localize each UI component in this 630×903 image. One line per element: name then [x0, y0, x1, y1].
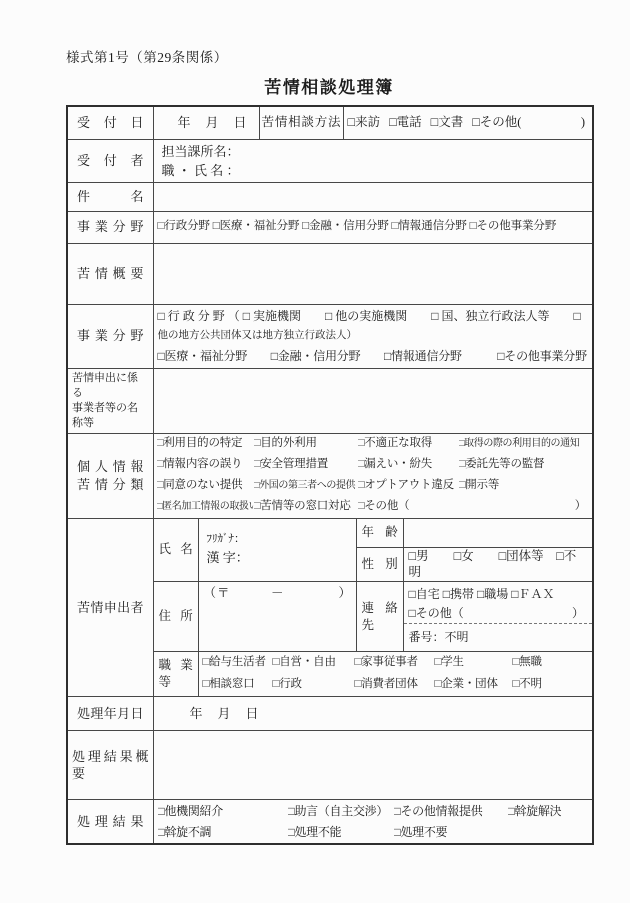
contact-number: 番号：不明 — [404, 624, 593, 651]
checkbox-option[interactable]: □情報内容の誤り — [157, 457, 254, 473]
business-field-options[interactable]: □行政分野 □医療・福祉分野 □金融・信用分野 □情報通信分野 □その他事業分野 — [153, 211, 593, 243]
reception-date-field[interactable]: 年 月 日 — [153, 106, 259, 139]
kanji-line: 漢 字： — [207, 548, 348, 568]
row-result-summary: 処理結果概要 — [67, 731, 593, 800]
row-personal-info-class: 個人情報 苦情分類 □利用目的の特定 □目的外利用 □不適正な取得 □取得の際の… — [67, 433, 593, 518]
checkbox-option[interactable]: □企業・団体 — [435, 677, 513, 693]
checkbox-option[interactable]: □開示等 — [459, 478, 590, 494]
checkbox-option[interactable]: □行政 — [273, 677, 355, 693]
occupation-options: □給与生活者 □自営・自由 □家事従事者 □学生 □無職 □相談窓口 □行政 □… — [198, 652, 593, 697]
checkbox-option[interactable]: □利用目的の特定 — [157, 436, 254, 452]
row-case-name: 件名 — [67, 182, 593, 211]
receiver-label: 受付者 — [67, 139, 153, 182]
checkbox-option[interactable]: □苦情等の窓口対応 — [254, 499, 358, 515]
checkbox-option[interactable]: □斡旋不調 — [158, 824, 288, 840]
checkbox-option[interactable]: □処理不要 — [394, 824, 508, 840]
checkbox-option[interactable]: □オプトアウト違反 — [358, 478, 459, 494]
row-complaint-summary: 苦情概要 — [67, 243, 593, 304]
row-result: 処理結果 □他機関紹介 □助言（自主交渉） □その他情報提供 □斡旋解決 □斡旋… — [67, 800, 593, 844]
complaint-summary-label: 苦情概要 — [67, 243, 153, 304]
row-reception-date: 受付日 年 月 日 苦情相談方法 □来訪 □電話 □文書 □その他( ) — [67, 106, 593, 139]
complaint-record-table: 受付日 年 月 日 苦情相談方法 □来訪 □電話 □文書 □その他( ) 受付者… — [66, 105, 594, 845]
checkbox-option-other[interactable]: □その他（ ） — [358, 499, 590, 515]
postal-code-line: （〒 － ） — [204, 585, 351, 602]
reception-date-label: 受付日 — [67, 106, 153, 139]
checkbox-option[interactable]: □助言（自主交渉） — [288, 803, 394, 819]
row-complainant-name: 苦情申出者 氏名 ﾌﾘｶﾞﾅ： 漢 字： 年齢 — [67, 518, 593, 547]
checkbox-option[interactable]: □自営・自由 — [273, 655, 355, 671]
personal-info-class-label: 個人情報 苦情分類 — [67, 433, 153, 518]
checkbox-option[interactable]: □目的外利用 — [254, 436, 358, 452]
admin-field-options-line: □ 行 政 分 野 （ □ 実施機関 □ 他の実施機関 □ 国、独立行政法人等 … — [158, 306, 589, 326]
paren-close: ） — [572, 604, 587, 623]
checkbox-document[interactable]: □文書 — [431, 114, 464, 131]
case-name-field[interactable] — [153, 182, 593, 211]
row-business-field-1: 事業分野 □行政分野 □医療・福祉分野 □金融・信用分野 □情報通信分野 □その… — [67, 211, 593, 243]
checkbox-option[interactable]: □学生 — [435, 655, 513, 671]
checkbox-option[interactable]: □不明 — [513, 677, 589, 693]
form-page: 様式第1号（第29条関係） 苦情相談処理簿 受付日 年 月 日 苦情相談方法 □… — [0, 0, 630, 903]
row-receiver: 受付者 担当課所名： 職 ・ 氏 名 ： — [67, 139, 593, 182]
checkbox-option[interactable]: □取得の際の利用目的の通知 — [459, 437, 590, 451]
result-label: 処理結果 — [67, 800, 153, 844]
result-options: □他機関紹介 □助言（自主交渉） □その他情報提供 □斡旋解決 □斡旋不調 □処… — [153, 800, 593, 844]
contact-field[interactable]: □自宅 □携帯 □職場 □ＦＡＸ □その他（ ） 番号：不明 — [403, 582, 593, 652]
consult-method-options: □来訪 □電話 □文書 □その他( ) — [343, 106, 593, 139]
checkbox-option[interactable]: □委託先等の監督 — [459, 457, 590, 473]
receiver-field[interactable]: 担当課所名： 職 ・ 氏 名 ： — [153, 139, 593, 182]
business-name-label: 苦情申出に係る 事業者等の名称等 — [67, 368, 153, 433]
checkbox-option[interactable]: □その他情報提供 — [394, 803, 508, 819]
complainant-label: 苦情申出者 — [67, 518, 153, 697]
personal-info-class-options: □利用目的の特定 □目的外利用 □不適正な取得 □取得の際の利用目的の通知 □情… — [153, 433, 593, 518]
contact-type-options[interactable]: □自宅 □携帯 □職場 □ＦＡＸ — [404, 583, 593, 604]
business-field2-label: 事業分野 — [67, 304, 153, 368]
checkbox-option[interactable]: □外国の第三者への提供 — [254, 479, 358, 493]
paren-close: ) — [581, 114, 588, 131]
address-label: 住所 — [153, 582, 198, 652]
contact-label: 連絡先 — [356, 582, 403, 652]
admin-field-options-continued: 他の地方公共団体又は地方独立行政法人） — [158, 326, 589, 346]
page-title: 苦情相談処理簿 — [66, 73, 592, 98]
business-field2-options[interactable]: □ 行 政 分 野 （ □ 実施機関 □ 他の実施機関 □ 国、独立行政法人等 … — [153, 304, 593, 368]
checkbox-other-method[interactable]: □その他( — [472, 114, 521, 131]
contact-other-option[interactable]: □その他（ ） — [404, 604, 593, 624]
checkbox-option[interactable]: □同意のない提供 — [157, 478, 254, 494]
consult-method-label: 苦情相談方法 — [259, 106, 343, 139]
checkbox-option[interactable]: □斡旋解決 — [508, 803, 589, 819]
checkbox-phone[interactable]: □電話 — [389, 114, 422, 131]
result-summary-label: 処理結果概要 — [67, 731, 153, 800]
business-name-field[interactable] — [153, 368, 593, 433]
checkbox-option[interactable]: □処理不能 — [288, 824, 394, 840]
checkbox-visit[interactable]: □来訪 — [348, 114, 381, 131]
receiver-division-line: 担当課所名： — [162, 142, 585, 161]
gender-options[interactable]: □男 □女 □団体等 □不明 — [403, 547, 593, 582]
age-field[interactable] — [403, 518, 593, 547]
processing-date-label: 処理年月日 — [67, 697, 153, 731]
address-field[interactable]: （〒 － ） — [198, 582, 356, 652]
occupation-label: 職業等 — [153, 652, 198, 697]
furigana-line: ﾌﾘｶﾞﾅ： — [207, 531, 348, 548]
row-business-name: 苦情申出に係る 事業者等の名称等 — [67, 368, 593, 433]
name-field[interactable]: ﾌﾘｶﾞﾅ： 漢 字： — [198, 518, 356, 582]
row-processing-date: 処理年月日 年 月 日 — [67, 697, 593, 731]
paren-close: ） — [575, 499, 589, 515]
processing-date-field[interactable]: 年 月 日 — [153, 697, 593, 731]
checkbox-option[interactable]: □相談窓口 — [203, 677, 273, 693]
age-label: 年齢 — [356, 518, 403, 547]
checkbox-option[interactable]: □無職 — [513, 655, 589, 671]
checkbox-option[interactable]: □安全管理措置 — [254, 457, 358, 473]
receiver-name-line: 職 ・ 氏 名 ： — [162, 161, 585, 180]
other-field-options-line: □医療・福祉分野 □金融・信用分野 □情報通信分野 □その他事業分野 — [158, 346, 589, 367]
name-label: 氏名 — [153, 518, 198, 582]
checkbox-option[interactable]: □給与生活者 — [203, 655, 273, 671]
form-number-note: 様式第1号（第29条関係） — [66, 46, 228, 66]
checkbox-option[interactable]: □漏えい・紛失 — [358, 457, 459, 473]
checkbox-option[interactable]: □不適正な取得 — [358, 436, 459, 452]
complaint-summary-field[interactable] — [153, 243, 593, 304]
row-business-field-2: 事業分野 □ 行 政 分 野 （ □ 実施機関 □ 他の実施機関 □ 国、独立行… — [67, 304, 593, 368]
business-field-label: 事業分野 — [67, 211, 153, 243]
checkbox-option[interactable]: □他機関紹介 — [158, 803, 288, 819]
result-summary-field[interactable] — [153, 731, 593, 800]
checkbox-option[interactable]: □匿名加工情報の取扱い — [157, 500, 254, 514]
case-name-label: 件名 — [67, 182, 153, 211]
gender-label: 性別 — [356, 547, 403, 582]
checkbox-option[interactable]: □家事従事者 — [355, 655, 435, 671]
checkbox-option[interactable]: □消費者団体 — [355, 677, 435, 693]
